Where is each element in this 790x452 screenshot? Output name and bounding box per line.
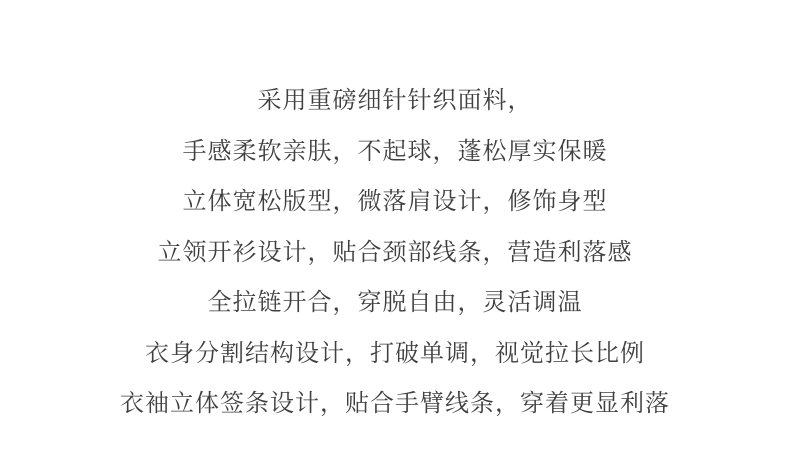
description-line-fit: 立体宽松版型，微落肩设计，修饰身型: [0, 177, 790, 228]
description-line-fabric: 采用重磅细针针织面料，: [0, 76, 790, 127]
product-description-page: 采用重磅细针针织面料， 手感柔软亲肤，不起球，蓬松厚实保暖 立体宽松版型，微落肩…: [0, 0, 790, 452]
description-line-body-panel: 衣身分割结构设计，打破单调，视觉拉长比例: [0, 329, 790, 380]
description-line-zipper: 全拉链开合，穿脱自由，灵活调温: [0, 278, 790, 329]
description-line-sleeve: 衣袖立体签条设计，贴合手臂线条，穿着更显利落: [0, 379, 790, 430]
description-text-block: 采用重磅细针针织面料， 手感柔软亲肤，不起球，蓬松厚实保暖 立体宽松版型，微落肩…: [0, 0, 790, 430]
description-line-feel: 手感柔软亲肤，不起球，蓬松厚实保暖: [0, 127, 790, 178]
description-line-collar: 立领开衫设计，贴合颈部线条，营造利落感: [0, 228, 790, 279]
